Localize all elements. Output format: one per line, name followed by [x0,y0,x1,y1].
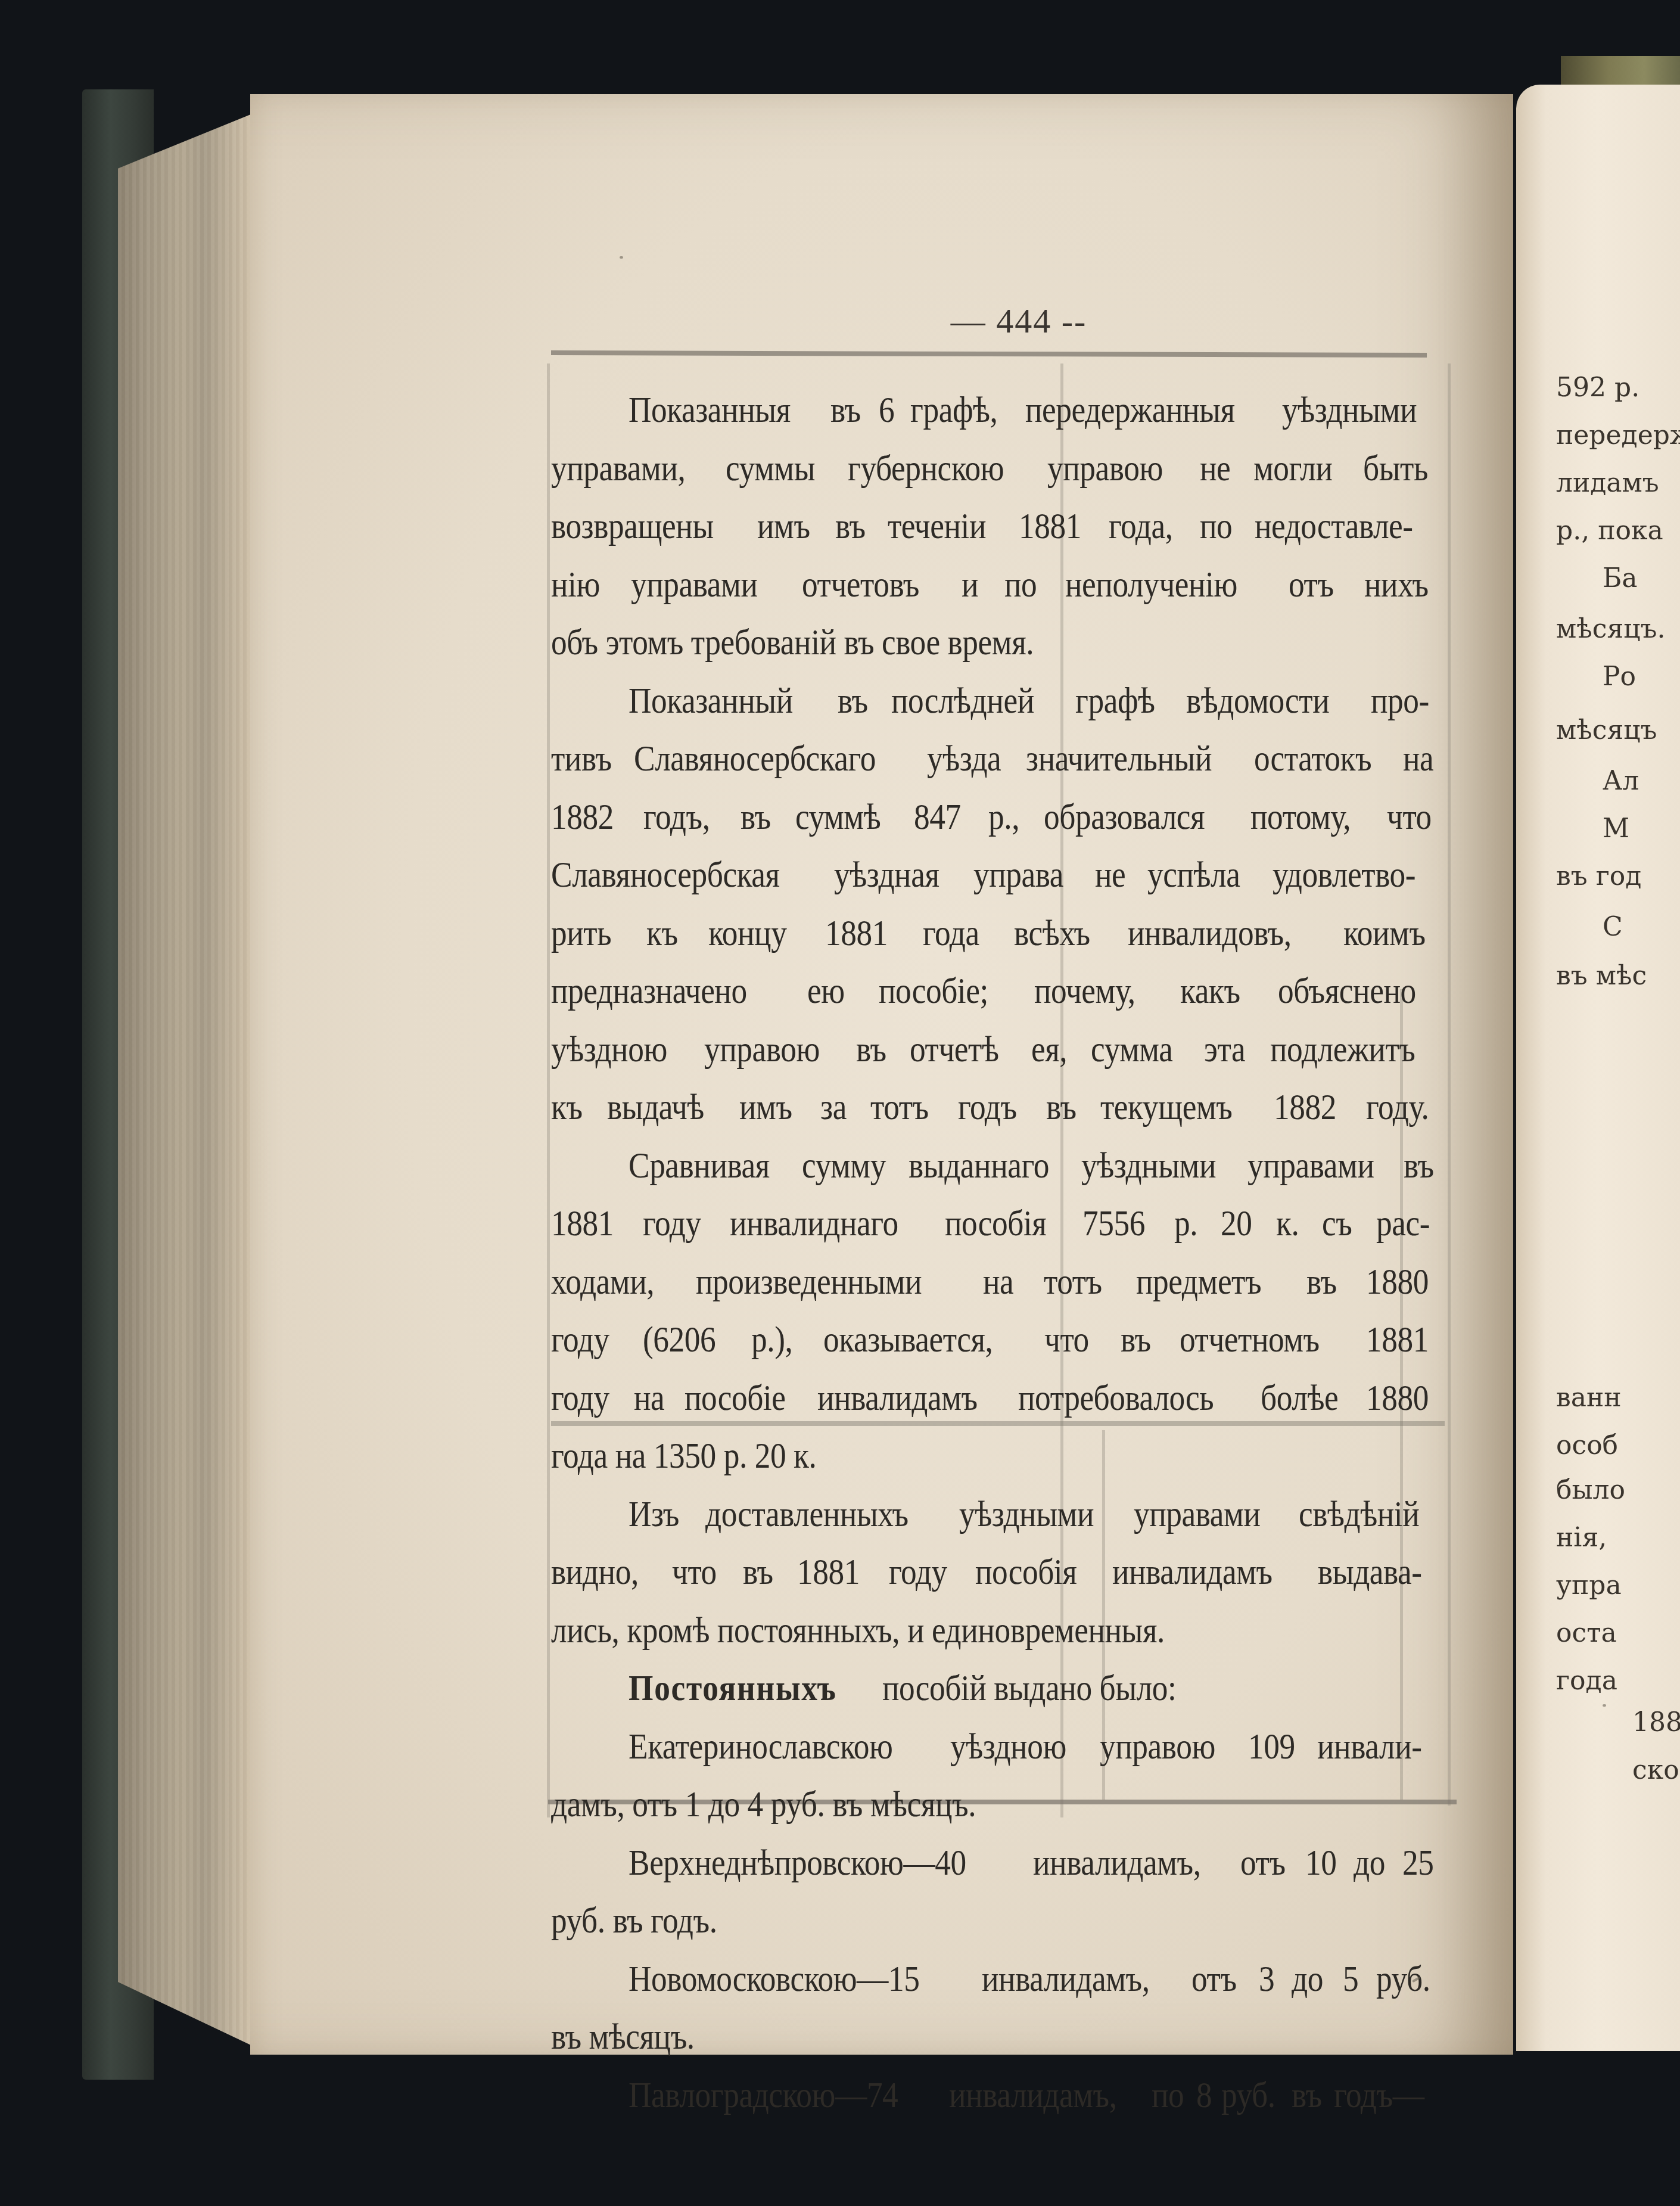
word: пособіе [685,1369,785,1428]
word: сумму [802,1137,886,1195]
word: 3 [1259,1950,1274,2009]
word: 5 [1343,1950,1358,2009]
word: въ [838,672,868,731]
word: ею [807,962,845,1021]
text-line: управами,суммыгубернскоюуправоюнемоглибы… [551,440,1439,498]
word: Изъ [629,1486,679,1544]
word: значительный [1026,730,1212,788]
word: рас- [1376,1195,1430,1253]
right-page-line: нія, [1556,1523,1680,1553]
word: въ [830,381,861,440]
word: въ [1306,1253,1337,1312]
word: к. [1276,1195,1299,1253]
word: 1881 [797,1543,860,1602]
word: про- [1371,672,1429,731]
word: уѣздными [959,1486,1094,1544]
word: суммы [726,440,815,498]
word: произведенными [696,1253,922,1312]
right-page-line: Ал [1603,766,1680,796]
word: по [1004,556,1037,614]
word: управою [1100,1718,1215,1776]
word: предметъ [1136,1253,1261,1312]
word: Верхнеднѣпровскою—40 [629,1834,966,1893]
word: пособія [975,1543,1077,1602]
word: эта [1204,1021,1245,1079]
word: годъ— [1334,2067,1424,2125]
word: на [1403,730,1433,788]
word: отъ [1191,1950,1237,2009]
word: къ [551,1079,583,1137]
text-line: предназначеноеюпособіе;почему,какъобъясн… [551,962,1439,1021]
word: инвалиднаго [730,1195,898,1253]
text-line: Показанныявъ6графѣ,передержанныяуѣздными [551,381,1439,440]
right-page-line: оста [1556,1618,1680,1648]
word: не [1200,440,1230,498]
text-line: ходами,произведенныминатотъпредметъвъ188… [551,1253,1439,1312]
text-line: года на 1350 р. 20 к. [551,1427,1439,1486]
right-page-line: лидамъ [1556,468,1680,498]
word: инвалидовъ, [1128,905,1292,963]
word: суммѣ [795,788,881,847]
word: Екатеринославскою [629,1718,892,1776]
word: образовался [1044,788,1205,847]
text-line: возвращеныимъвътеченіи1881года,понедоста… [551,498,1439,556]
right-page-line: ванн [1556,1382,1680,1413]
word: видно, [551,1543,639,1602]
word: въ [856,1021,886,1079]
text-line: 1881годуинвалиднагопособія7556р.20к.съра… [551,1195,1439,1253]
word: объяснено [1278,962,1416,1021]
word: 10 [1305,1834,1336,1893]
word: р. [1174,1195,1197,1253]
word: отъ [1240,1834,1286,1893]
word: потребовалось [1018,1369,1214,1428]
word: въ [1292,2067,1322,2125]
right-page-line: 188 [1632,1707,1680,1738]
word: инвалидамъ, [949,2067,1117,2125]
word: передержанныя [1025,381,1235,440]
word: имъ [757,498,810,556]
word: инвалидамъ [817,1369,978,1428]
word: тотъ [1044,1253,1102,1312]
right-page-line: Ро [1603,661,1680,692]
text-line: въ мѣсяцъ. [551,2008,1439,2067]
word: инвалидамъ [1112,1543,1273,1602]
right-page-line: передерж [1556,420,1680,450]
word: по [1200,498,1232,556]
text-line: лись, кромѣ постоянныхъ, и единовременны… [551,1602,1439,1660]
text-line: Павлоградскою—74инвалидамъ,по8руб.въгодъ… [551,2067,1439,2125]
word: потому, [1250,788,1351,847]
word: 1882 [1274,1079,1336,1137]
word: въ [1046,1079,1077,1137]
word: графѣ [1075,672,1155,731]
word: 20 [1221,1195,1252,1253]
paper-speck [620,256,623,259]
word: управами [631,556,758,614]
word: 1880 [1366,1369,1429,1428]
word: выдачѣ [607,1079,704,1137]
word: уѣздная [834,846,939,905]
word: 847 [914,788,961,847]
word: до [1354,1834,1385,1893]
word: управою [1047,440,1163,498]
word: въ [1404,1137,1434,1195]
text-line: ніюуправамиотчетовъипонеполученіюотънихъ [551,556,1439,614]
word: что [672,1543,717,1602]
right-page-line: С [1603,912,1680,942]
word: въ [1121,1311,1151,1369]
word: теченіи [888,498,986,556]
word: успѣла [1147,846,1240,905]
word: не [1095,846,1125,905]
right-page-line: упра [1556,1570,1680,1601]
word: инвалидамъ, [1033,1834,1201,1893]
word: съ [1322,1195,1352,1253]
word: пособія [945,1195,1046,1253]
word: (6206 [643,1311,715,1369]
word: въ [741,788,771,847]
word: до [1292,1950,1323,2009]
text-line: Новомосковскою—15инвалидамъ,отъ3до5руб. [551,1950,1439,2009]
right-page-line: мѣсяцъ [1556,715,1680,745]
word: уѣздными [1282,381,1417,440]
word: имъ [739,1079,792,1137]
text-line: тивъСлавяносербскагоуѣздазначительныйост… [551,730,1439,788]
right-page-line: 592 р. [1556,372,1680,403]
word: 1880 [1366,1253,1429,1312]
bleed-through-rule [1448,363,1451,1806]
word: управа [973,846,1063,905]
text-line: объ этомъ требованій въ свое время. [551,614,1439,672]
bold-lead: Постоянныхъ [629,1660,836,1718]
word: что [1387,788,1432,847]
page-stack-edges [118,110,261,2050]
word: свѣдѣній [1299,1486,1419,1544]
word: неполученію [1065,556,1237,614]
word: текущемъ [1100,1079,1232,1137]
word: 6 [879,381,894,440]
word: годъ [958,1079,1017,1137]
word: 8 [1196,2067,1212,2125]
word: почему, [1034,962,1135,1021]
word: Новомосковскою—15 [629,1950,919,2009]
word: Показанный [629,672,793,731]
word: тотъ [870,1079,929,1137]
word: и [962,556,978,614]
text-line: 1882годъ,въсуммѣ847р.,образовалсяпотому,… [551,788,1439,847]
text-line: Верхнеднѣпровскою—40инвалидамъ,отъ10до25 [551,1834,1439,1893]
word: что [1044,1311,1089,1369]
text-line: ритькъконцу1881годавсѣхъинвалидовъ,коимъ [551,905,1439,963]
word: уѣздною [950,1718,1066,1776]
word: на [634,1369,664,1428]
word: р., [988,788,1019,847]
text-line: году(6206р.),оказывается,чтовъотчетномъ1… [551,1311,1439,1369]
word: въ [743,1543,773,1602]
word: подлежитъ [1270,1021,1415,1079]
word: году [551,1369,609,1428]
word: уѣздными [1081,1137,1216,1195]
word: управою [704,1021,820,1079]
paper-speck [1603,1704,1606,1707]
word: предназначено [551,962,747,1021]
word: году [889,1543,947,1602]
text-line: Славяносербскаяуѣзднаяуправанеуспѣлаудов… [551,846,1439,905]
word: уѣзда [927,730,1001,788]
word: остатокъ [1254,730,1371,788]
right-page-line: Ба [1603,563,1680,594]
word: инвали- [1317,1718,1422,1776]
word: выданнаго [909,1137,1049,1195]
word: нію [551,556,600,614]
text-line: Изъдоставленныхъуѣзднымиуправамисвѣдѣній [551,1486,1439,1544]
word: Павлоградскою—74 [629,2067,898,2125]
word: р.), [751,1311,792,1369]
word: 1882 [551,788,614,847]
bleed-through-rule [547,363,550,1817]
right-page-line: въ мѣс [1556,961,1680,991]
word: 1881 [1019,498,1081,556]
word: 1881 [1366,1311,1429,1369]
word: графѣ, [910,381,997,440]
word: ходами, [551,1253,654,1312]
text-line: руб. въ годъ. [551,1892,1439,1950]
word: послѣдней [891,672,1034,731]
right-page-line: было [1556,1475,1680,1505]
word: Славяносербскаго [634,730,876,788]
word: отъ [1289,556,1334,614]
word: нихъ [1364,556,1429,614]
word: выдава- [1318,1543,1422,1602]
body-text: Показанныявъ6графѣ,передержанныяуѣздными… [551,381,1439,2124]
word: возвращены [551,498,714,556]
text-line: дамъ, отъ 1 до 4 руб. въ мѣсяцъ. [551,1776,1439,1834]
text-line: къвыдачѣимъзатотъгодъвътекущемъ1882году. [551,1079,1439,1137]
word: доставленныхъ [705,1486,909,1544]
word: управами [1134,1486,1261,1544]
word: оказывается, [823,1311,993,1369]
right-page-line: М [1603,813,1680,844]
word: году [643,1195,701,1253]
word: по [1152,2067,1184,2125]
word: Славяносербская [551,846,780,905]
word: ея, [1031,1021,1067,1079]
word: за [820,1079,847,1137]
text-line: Показанныйвъпослѣднейграфѣвѣдомостипро- [551,672,1439,731]
word: 1881 [825,905,888,963]
word: всѣхъ [1014,905,1090,963]
text-line: Сравниваясуммувыданнагоуѣзднымиуправамив… [551,1137,1439,1195]
word: года, [1109,498,1173,556]
word: 25 [1402,1834,1433,1893]
word: году. [1366,1079,1429,1137]
page-number: — 444 -- [929,301,1108,341]
word: могли [1253,440,1333,498]
word: руб. [1376,1950,1430,2009]
word: сумма [1091,1021,1173,1079]
right-page-line: года [1556,1666,1680,1696]
word: недоставле- [1255,498,1413,556]
word: инвалидамъ, [982,1950,1150,2009]
right-page-line: въ год [1556,861,1680,891]
text-line: видно,чтовъ1881годупособіяинвалидамъвыда… [551,1543,1439,1602]
word: коимъ [1343,905,1426,963]
word: пособіе; [879,962,988,1021]
word: 1881 [551,1195,614,1253]
word: губернскою [848,440,1004,498]
word: отчетѣ [910,1021,998,1079]
text-line: Постоянныхъ пособій выдано было: [551,1660,1439,1718]
word: Показанныя [629,381,791,440]
word: годъ, [643,788,710,847]
right-page-line: особ [1556,1430,1680,1461]
word: 7556 [1082,1195,1145,1253]
text-line: Екатеринославскоюуѣздноюуправою109инвали… [551,1718,1439,1776]
word: вѣдомости [1186,672,1329,731]
word: тивъ [551,730,612,788]
word: году [551,1311,609,1369]
word: рить [551,905,611,963]
word: удовлетво- [1273,846,1415,905]
word: какъ [1180,962,1240,1021]
word: управами, [551,440,685,498]
word: къ [646,905,678,963]
word: руб. [1221,2067,1275,2125]
right-page-line: р., пока [1556,515,1680,546]
word: уѣздною [551,1021,667,1079]
word: въ [835,498,866,556]
word: Сравнивая [629,1137,770,1195]
word: отчетномъ [1180,1311,1320,1369]
text-line: уѣздноюуправоювъотчетѣея,суммаэтаподлежи… [551,1021,1439,1079]
word: отчетовъ [802,556,919,614]
word: концу [708,905,786,963]
word: года [923,905,979,963]
word: быть [1363,440,1428,498]
word: болѣе [1261,1369,1338,1428]
right-page-line: мѣсяцъ. [1556,614,1680,644]
text-line: годунапособіеинвалидамъпотребовалосьболѣ… [551,1369,1439,1428]
word: управами [1247,1137,1374,1195]
right-page-line: ско [1632,1755,1680,1785]
word: 109 [1248,1718,1295,1776]
word: на [983,1253,1013,1312]
